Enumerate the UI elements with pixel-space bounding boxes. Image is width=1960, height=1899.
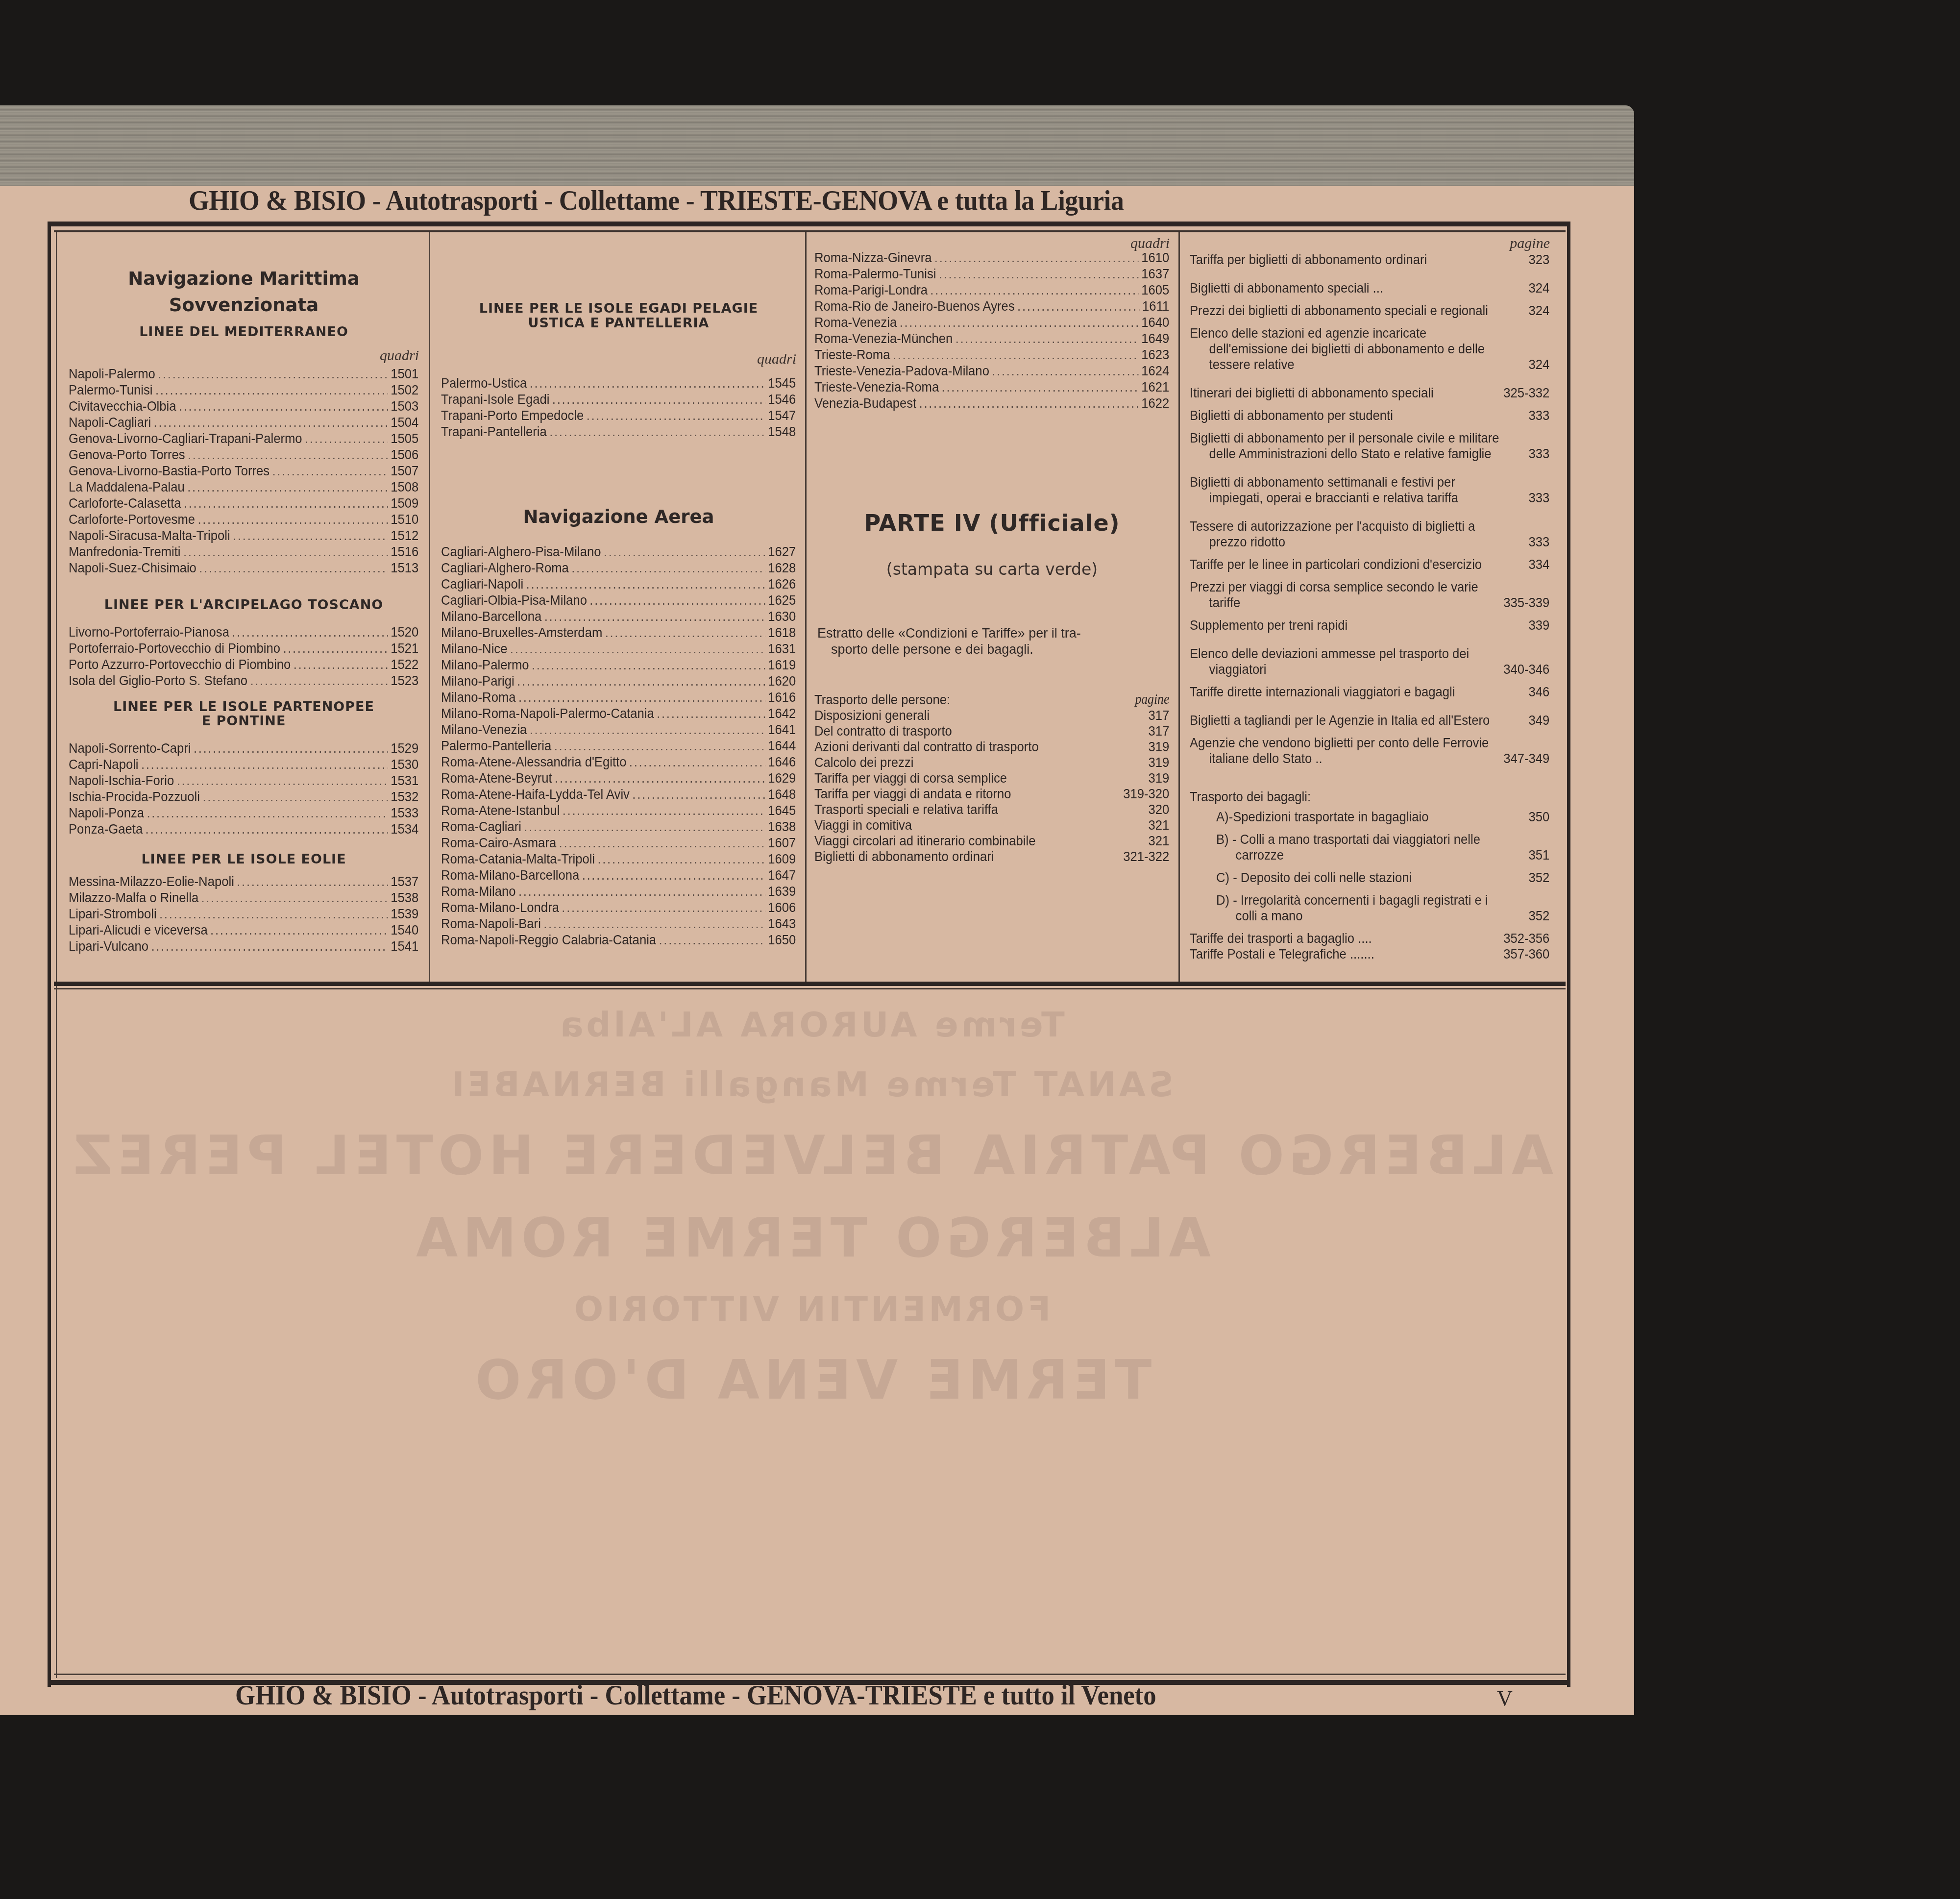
- table-number: 1507: [391, 463, 418, 479]
- route-name: Napoli-Ponza: [69, 805, 144, 821]
- entry-label: Tariffe dei trasporti a bagaglio ....: [1190, 931, 1503, 946]
- dot-leader: [530, 722, 765, 738]
- list-item: Roma-Nizza-Ginevra1610: [814, 250, 1169, 266]
- table-number: 1522: [391, 657, 418, 673]
- list-item: Trapani-Porto Empedocle1547: [441, 408, 796, 424]
- route-name: Lipari-Vulcano: [69, 938, 148, 955]
- table-number: 1650: [768, 932, 796, 948]
- route-name: Manfredonia-Tremiti: [69, 544, 181, 560]
- persone-heading-row: Trasporto delle persone: pagine: [814, 692, 1169, 708]
- dot-leader: [201, 890, 388, 906]
- list-item: Genova-Livorno-Bastia-Porto Torres1507: [69, 463, 418, 479]
- list-item: Prezzi dei biglietti di abbonamento spec…: [1190, 303, 1549, 319]
- table-number: 1631: [768, 641, 796, 657]
- route-list: Napoli-Sorrento-Capri1529Capri-Napoli153…: [69, 740, 419, 838]
- spacer: [1190, 863, 1550, 870]
- list-item: Roma-Atene-Haifa-Lydda-Tel Aviv1648: [441, 787, 796, 803]
- list-item: Porto Azzurro-Portovecchio di Piombino15…: [69, 657, 418, 673]
- entry-label: Biglietti di abbonamento per studenti: [1190, 408, 1514, 423]
- dot-leader: [587, 408, 765, 424]
- route-name: Roma-Palermo-Tunisi: [814, 266, 936, 282]
- column-label: quadri: [69, 347, 419, 366]
- route-name: Lipari-Alicudi e viceversa: [69, 922, 208, 938]
- table-number: 1547: [768, 408, 796, 424]
- section-heading: USTICA E PANTELLERIA: [441, 316, 796, 331]
- section-heading: LINEE PER LE ISOLE EGADI PELAGIE: [441, 301, 796, 316]
- list-item: Napoli-Siracusa-Malta-Tripoli1512: [69, 528, 418, 544]
- list-item: Carloforte-Portovesme1510: [69, 512, 418, 528]
- route-name: Roma-Atene-Beyrut: [441, 770, 552, 787]
- list-item: Cagliari-Alghero-Roma1628: [441, 560, 796, 576]
- list-item: Supplemento per treni rapidi339: [1190, 617, 1549, 633]
- running-footer: GHIO & BISIO - Autotrasporti - Collettam…: [235, 1680, 1364, 1714]
- section-heading: LINEE PER L'ARCIPELAGO TOSCANO: [69, 598, 419, 613]
- list-item: Napoli-Suez-Chisimaio1513: [69, 560, 418, 576]
- table-number: 1626: [768, 576, 796, 592]
- list-item: Roma-Catania-Malta-Tripoli1609: [441, 851, 796, 867]
- dot-leader: [526, 576, 765, 592]
- route-name: Napoli-Siracusa-Malta-Tripoli: [69, 528, 230, 544]
- page-reference: 333: [1514, 446, 1549, 462]
- dot-leader: [194, 740, 388, 757]
- route-name: Lipari-Stromboli: [69, 906, 157, 922]
- dot-leader: [146, 821, 388, 838]
- list-item: Elenco delle stazioni ed agenzie incaric…: [1190, 325, 1549, 372]
- route-name: Roma-Napoli-Reggio Calabria-Catania: [441, 932, 656, 948]
- route-name: Roma-Milano: [441, 884, 516, 900]
- page-reference: 319: [1134, 739, 1169, 755]
- entry-label: Azioni derivanti dal contratto di traspo…: [814, 739, 1134, 755]
- list-item: Biglietti di abbonamento settimanali e f…: [1190, 474, 1549, 506]
- table-number: 1610: [1141, 250, 1169, 266]
- dot-leader: [632, 787, 765, 803]
- list-item: Ischia-Procida-Pozzuoli1532: [69, 789, 418, 805]
- page-reference: 333: [1514, 408, 1549, 423]
- route-name: Roma-Cagliari: [441, 819, 521, 835]
- dot-leader: [199, 560, 388, 576]
- table-number: 1642: [768, 706, 796, 722]
- route-name: Milano-Venezia: [441, 722, 527, 738]
- route-name: Genova-Livorno-Bastia-Porto Torres: [69, 463, 269, 479]
- page-reference: 320: [1134, 802, 1169, 817]
- route-name: Napoli-Sorrento-Capri: [69, 740, 191, 757]
- page-reference: 340-346: [1503, 662, 1549, 677]
- entry-label: Tariffa per viaggi di andata e ritorno: [814, 786, 1123, 802]
- list-item: Tariffe per le linee in particolari cond…: [1190, 557, 1549, 572]
- table-number: 1627: [768, 544, 796, 560]
- dot-leader: [151, 938, 388, 955]
- list-item: Milano-Palermo1619: [441, 657, 796, 673]
- route-name: Civitavecchia-Olbia: [69, 398, 176, 415]
- list-item: B) - Colli a mano trasportati dai viaggi…: [1190, 832, 1549, 863]
- dot-leader: [187, 479, 388, 495]
- dot-leader: [893, 347, 1139, 363]
- dot-leader: [518, 884, 765, 900]
- dot-leader: [510, 641, 765, 657]
- table-number: 1537: [391, 874, 418, 890]
- dot-leader: [939, 266, 1139, 282]
- route-name: Palermo-Tunisi: [69, 382, 153, 398]
- show-through-row: Terme AURORA AL'Alba: [59, 995, 1563, 1055]
- page-reference: 324: [1514, 303, 1549, 319]
- entry-label: Tariffe Postali e Telegrafiche .......: [1190, 946, 1503, 962]
- entry-label: Biglietti di abbonamento speciali ...: [1190, 280, 1514, 296]
- table-number: 1618: [768, 625, 796, 641]
- list-item: Roma-Rio de Janeiro-Buenos Ayres1611: [814, 298, 1169, 315]
- table-number: 1523: [391, 673, 418, 689]
- list-item: Trieste-Venezia-Padova-Milano1624: [814, 363, 1169, 379]
- list-item: A)-Spedizioni trasportate in bagagliaio3…: [1190, 809, 1549, 825]
- show-through-reverse-ads: Terme AURORA AL'Alba SANAT Terme Mangall…: [59, 995, 1563, 1666]
- dot-leader: [942, 379, 1139, 395]
- page-reference: 317: [1134, 708, 1169, 723]
- dot-leader: [250, 673, 388, 689]
- list-item: C) - Deposito dei colli nelle stazioni35…: [1190, 870, 1549, 886]
- route-list: Livorno-Portoferraio-Pianosa1520Portofer…: [69, 624, 419, 689]
- page-reference: 352: [1514, 908, 1549, 924]
- page-reference: 324: [1514, 357, 1549, 372]
- list-item: Itinerari dei biglietti di abbonamento s…: [1190, 385, 1549, 401]
- route-name: Roma-Atene-Istanbul: [441, 803, 560, 819]
- table-number: 1513: [391, 560, 418, 576]
- dot-leader: [158, 366, 388, 382]
- persone-list: Disposizioni generali317Del contratto di…: [814, 708, 1170, 864]
- list-item: Calcolo dei prezzi319: [814, 755, 1169, 770]
- list-item: Roma-Venezia-München1649: [814, 331, 1169, 347]
- table-number: 1512: [391, 528, 418, 544]
- dot-leader: [159, 906, 388, 922]
- list-item: Tariffa per viaggi di corsa semplice319: [814, 770, 1169, 786]
- dot-leader: [141, 757, 388, 773]
- table-number: 1630: [768, 609, 796, 625]
- spacer: [1190, 423, 1550, 430]
- tariffe-tail-list: Tariffe dei trasporti a bagaglio ....352…: [1190, 931, 1550, 962]
- route-name: Porto Azzurro-Portovecchio di Piombino: [69, 657, 291, 673]
- table-number: 1541: [391, 938, 418, 955]
- page-reference: 357-360: [1503, 946, 1549, 962]
- entry-label: Elenco delle deviazioni ammesse pel tras…: [1190, 646, 1503, 677]
- dot-leader: [517, 673, 765, 690]
- dot-leader: [559, 835, 765, 851]
- entry-label: Disposizioni generali: [814, 708, 1134, 723]
- column-label: quadri: [814, 235, 1170, 250]
- list-item: Roma-Atene-Beyrut1629: [441, 770, 796, 787]
- route-name: Trapani-Porto Empedocle: [441, 408, 584, 424]
- route-name: Milano-Nice: [441, 641, 507, 657]
- page-reference: 335-339: [1503, 595, 1549, 611]
- entry-label: Tariffa per viaggi di corsa semplice: [814, 770, 1134, 786]
- list-item: Roma-Napoli-Reggio Calabria-Catania1650: [441, 932, 796, 948]
- route-name: Roma-Venezia: [814, 315, 897, 331]
- route-name: Roma-Venezia-München: [814, 331, 953, 347]
- entry-label: A)-Spedizioni trasportate in bagagliaio: [1190, 809, 1514, 825]
- spacer: [1190, 462, 1550, 474]
- list-item: Cagliari-Napoli1626: [441, 576, 796, 592]
- list-item: Milano-Bruxelles-Amsterdam1618: [441, 625, 796, 641]
- dot-leader: [900, 315, 1139, 331]
- table-number: 1611: [1142, 298, 1169, 315]
- route-name: La Maddalena-Palau: [69, 479, 185, 495]
- page-reference: 324: [1514, 280, 1549, 296]
- section-heading: E PONTINE: [69, 714, 419, 729]
- table-number: 1647: [768, 867, 796, 884]
- section-title: Navigazione Aerea: [441, 504, 796, 530]
- page-stack-edge: [0, 105, 1634, 191]
- entry-label: Agenzie che vendono biglietti per conto …: [1190, 735, 1503, 766]
- dot-leader: [305, 431, 388, 447]
- table-number: 1531: [391, 773, 418, 789]
- dot-leader: [554, 738, 765, 754]
- route-name: Isola del Giglio-Porto S. Stefano: [69, 673, 247, 689]
- table-number: 1648: [768, 787, 796, 803]
- list-item: Viaggi circolari ad itinerario combinabi…: [814, 833, 1169, 849]
- route-name: Roma-Parigi-Londra: [814, 282, 928, 298]
- entry-label: Viaggi in comitiva: [814, 817, 1134, 833]
- page-reference: 319: [1134, 770, 1169, 786]
- list-item: Milano-Venezia1641: [441, 722, 796, 738]
- list-item: Viaggi in comitiva321: [814, 817, 1169, 833]
- list-item: Ponza-Gaeta1534: [69, 821, 418, 838]
- list-item: Trapani-Isole Egadi1546: [441, 392, 796, 408]
- list-item: Cagliari-Alghero-Pisa-Milano1627: [441, 544, 796, 560]
- list-item: Milano-Roma-Napoli-Palermo-Catania1642: [441, 706, 796, 722]
- section-heading: LINEE PER LE ISOLE PARTENOPEE: [69, 700, 419, 715]
- route-name: Napoli-Cagliari: [69, 415, 151, 431]
- list-item: Milazzo-Malfa o Rinella1538: [69, 890, 418, 906]
- page-reference: 351: [1514, 847, 1549, 863]
- spacer: [1190, 677, 1550, 684]
- entry-label: Biglietti di abbonamento ordinari: [814, 849, 1123, 864]
- page-reference: 334: [1514, 557, 1549, 572]
- list-item: Palermo-Tunisi1502: [69, 382, 418, 398]
- part-intro: Estratto delle «Condizioni e Tariffe» pe…: [814, 625, 1170, 658]
- page-reference: 321: [1134, 833, 1169, 849]
- page-reference: 352-356: [1503, 931, 1549, 946]
- route-list: Palermo-Ustica1545Trapani-Isole Egadi154…: [441, 375, 796, 440]
- dot-leader: [294, 657, 388, 673]
- list-item: Roma-Atene-Istanbul1645: [441, 803, 796, 819]
- dot-leader: [210, 922, 388, 938]
- entry-label: Prezzi dei biglietti di abbonamento spec…: [1190, 303, 1514, 319]
- list-item: Tariffe dei trasporti a bagaglio ....352…: [1190, 931, 1549, 946]
- route-name: Roma-Nizza-Ginevra: [814, 250, 931, 266]
- bottom-rule-thin: [54, 1674, 1566, 1675]
- bagagli-list: A)-Spedizioni trasportate in bagagliaio3…: [1190, 809, 1550, 931]
- list-item: Messina-Milazzo-Eolie-Napoli1537: [69, 874, 418, 890]
- route-name: Roma-Milano-Londra: [441, 900, 559, 916]
- intro-line: sporto delle persone e dei bagagli.: [817, 641, 1170, 658]
- list-item: Lipari-Vulcano1541: [69, 938, 418, 955]
- list-item: Milano-Barcellona1630: [441, 609, 796, 625]
- list-item: Azioni derivanti dal contratto di traspo…: [814, 739, 1169, 755]
- dot-leader: [659, 932, 765, 948]
- entry-label: Trasporti speciali e relativa tariffa: [814, 802, 1134, 817]
- list-item: Milano-Nice1631: [441, 641, 796, 657]
- page-reference: 319: [1134, 755, 1169, 770]
- route-name: Carloforte-Portovesme: [69, 512, 195, 528]
- list-item: Roma-Atene-Alessandria d'Egitto1646: [441, 754, 796, 770]
- table-number: 1520: [391, 624, 418, 641]
- tariffe-list: Tariffa per biglietti di abbonamento ord…: [1190, 252, 1550, 789]
- route-name: Roma-Rio de Janeiro-Buenos Ayres: [814, 298, 1015, 315]
- page-reference: 319-320: [1123, 786, 1169, 802]
- page-reference: 333: [1514, 490, 1549, 506]
- list-item: Roma-Cagliari1638: [441, 819, 796, 835]
- dot-leader: [552, 392, 765, 408]
- dot-leader: [237, 874, 388, 890]
- route-list: Roma-Nizza-Ginevra1610Roma-Palermo-Tunis…: [814, 250, 1170, 412]
- table-number: 1521: [391, 641, 418, 657]
- table-number: 1637: [1141, 266, 1169, 282]
- table-number: 1646: [768, 754, 796, 770]
- list-item: Prezzi per viaggi di corsa semplice seco…: [1190, 579, 1549, 611]
- page-reference: 333: [1514, 534, 1549, 550]
- index-bottom-rule-thin: [54, 988, 1566, 989]
- dot-leader: [549, 424, 765, 440]
- dot-leader: [532, 657, 765, 673]
- dot-leader: [188, 447, 388, 463]
- list-item: Tariffa per viaggi di andata e ritorno31…: [814, 786, 1169, 802]
- entry-label: Biglietti di abbonamento settimanali e f…: [1190, 474, 1514, 506]
- page-reference: 321: [1134, 817, 1169, 833]
- spacer: [1190, 268, 1550, 280]
- dot-leader: [197, 512, 388, 528]
- dot-leader: [629, 754, 765, 770]
- route-name: Trapani-Pantelleria: [441, 424, 547, 440]
- column-tariffe: pagine Tariffa per biglietti di abboname…: [1190, 235, 1550, 980]
- page-reference: 352: [1514, 870, 1549, 886]
- intro-line: Estratto delle «Condizioni e Tariffe» pe…: [817, 626, 1081, 641]
- table-number: 1643: [768, 916, 796, 932]
- route-name: Napoli-Ischia-Forio: [69, 773, 174, 789]
- dot-leader: [934, 250, 1139, 266]
- page-reference: 323: [1514, 252, 1549, 268]
- route-name: Milazzo-Malfa o Rinella: [69, 890, 198, 906]
- list-item: Napoli-Sorrento-Capri1529: [69, 740, 418, 757]
- dot-leader: [604, 544, 765, 560]
- table-number: 1510: [391, 512, 418, 528]
- table-number: 1623: [1141, 347, 1169, 363]
- table-number: 1539: [391, 906, 418, 922]
- route-name: Carloforte-Calasetta: [69, 495, 181, 512]
- list-item: Trieste-Roma1623: [814, 347, 1169, 363]
- bagagli-heading: Trasporto dei bagagli:: [1190, 789, 1549, 805]
- table-number: 1605: [1141, 282, 1169, 298]
- list-item: Elenco delle deviazioni ammesse pel tras…: [1190, 646, 1549, 677]
- show-through-row: FORMENTIN VITTORIO: [59, 1279, 1563, 1339]
- route-name: Venezia-Budapest: [814, 395, 916, 412]
- entry-label: Tariffa per biglietti di abbonamento ord…: [1190, 252, 1514, 268]
- entry-label: Tessere di autorizzazione per l'acquisto…: [1190, 518, 1514, 550]
- top-rule-thin: [54, 230, 1566, 232]
- route-list: Cagliari-Alghero-Pisa-Milano1627Cagliari…: [441, 544, 796, 948]
- route-name: Ponza-Gaeta: [69, 821, 143, 838]
- route-name: Capri-Napoli: [69, 757, 139, 773]
- list-item: Roma-Cairo-Asmara1607: [441, 835, 796, 851]
- list-item: Napoli-Cagliari1504: [69, 415, 418, 431]
- entry-label: Calcolo dei prezzi: [814, 755, 1134, 770]
- route-name: Roma-Cairo-Asmara: [441, 835, 556, 851]
- route-name: Ischia-Procida-Pozzuoli: [69, 789, 200, 805]
- spacer: [1190, 700, 1550, 713]
- route-name: Trieste-Venezia-Padova-Milano: [814, 363, 989, 379]
- table-number: 1505: [391, 431, 418, 447]
- entry-label: Del contratto di trasporto: [814, 723, 1134, 739]
- show-through-row: TERME VENA D'ORO: [59, 1339, 1563, 1421]
- list-item: Biglietti di abbonamento speciali ...324: [1190, 280, 1549, 296]
- route-name: Cagliari-Napoli: [441, 576, 523, 592]
- dot-leader: [202, 789, 388, 805]
- route-list: Napoli-Palermo1501Palermo-Tunisi1502Civi…: [69, 366, 419, 576]
- index-bottom-rule: [54, 982, 1566, 986]
- list-item: Roma-Milano-Londra1606: [441, 900, 796, 916]
- section-title: Navigazione Marittima: [69, 266, 419, 292]
- table-number: 1619: [768, 657, 796, 673]
- table-number: 1540: [391, 922, 418, 938]
- list-item: Biglietti di abbonamento per studenti333: [1190, 408, 1549, 423]
- route-list: Messina-Milazzo-Eolie-Napoli1537Milazzo-…: [69, 874, 419, 955]
- column-navigazione-marittima: Navigazione Marittima Sovvenzionata LINE…: [69, 235, 419, 980]
- table-number: 1629: [768, 770, 796, 787]
- entry-label: Viaggi circolari ad itinerario combinabi…: [814, 833, 1134, 849]
- dot-leader: [563, 803, 765, 819]
- table-number: 1501: [391, 366, 418, 382]
- spacer: [1190, 611, 1550, 617]
- route-name: Livorno-Portoferraio-Pianosa: [69, 624, 229, 641]
- spacer: [1190, 296, 1550, 303]
- list-item: Palermo-Ustica1545: [441, 375, 796, 392]
- entry-label: Biglietti a tagliandi per le Agenzie in …: [1190, 713, 1514, 728]
- table-number: 1641: [768, 722, 796, 738]
- table-number: 1548: [768, 424, 796, 440]
- dot-leader: [232, 624, 388, 641]
- list-item: Napoli-Ponza1533: [69, 805, 418, 821]
- route-name: Messina-Milazzo-Eolie-Napoli: [69, 874, 234, 890]
- dot-leader: [283, 641, 388, 657]
- spacer: [1190, 506, 1550, 518]
- table-number: 1649: [1141, 331, 1169, 347]
- dot-leader: [605, 625, 765, 641]
- dot-leader: [955, 331, 1139, 347]
- dot-leader: [555, 770, 765, 787]
- route-name: Genova-Livorno-Cagliari-Trapani-Palermo: [69, 431, 302, 447]
- column-divider: [805, 232, 807, 982]
- table-number: 1538: [391, 890, 418, 906]
- table-number: 1506: [391, 447, 418, 463]
- route-name: Napoli-Palermo: [69, 366, 155, 382]
- list-item: Roma-Parigi-Londra1605: [814, 282, 1169, 298]
- list-item: Roma-Napoli-Bari1643: [441, 916, 796, 932]
- route-name: Portoferraio-Portovecchio di Piombino: [69, 641, 280, 657]
- route-name: Cagliari-Alghero-Roma: [441, 560, 569, 576]
- table-number: 1628: [768, 560, 796, 576]
- list-item: Tariffa per biglietti di abbonamento ord…: [1190, 252, 1549, 268]
- show-through-row: ALBERGO TERME ROMA: [59, 1197, 1563, 1279]
- list-item: Biglietti a tagliandi per le Agenzie in …: [1190, 713, 1549, 728]
- route-name: Napoli-Suez-Chisimaio: [69, 560, 196, 576]
- table-number: 1622: [1141, 395, 1169, 412]
- list-item: La Maddalena-Palau1508: [69, 479, 418, 495]
- entry-label: Biglietti di abbonamento per il personal…: [1190, 430, 1514, 462]
- entry-label: Elenco delle stazioni ed agenzie incaric…: [1190, 325, 1514, 372]
- table-number: 1625: [768, 592, 796, 609]
- table-number: 1621: [1141, 379, 1169, 395]
- dot-leader: [597, 851, 765, 867]
- entry-label: Itinerari dei biglietti di abbonamento s…: [1190, 385, 1503, 401]
- route-name: Cagliari-Alghero-Pisa-Milano: [441, 544, 601, 560]
- list-item: Tessere di autorizzazione per l'acquisto…: [1190, 518, 1549, 550]
- list-item: Palermo-Pantelleria1644: [441, 738, 796, 754]
